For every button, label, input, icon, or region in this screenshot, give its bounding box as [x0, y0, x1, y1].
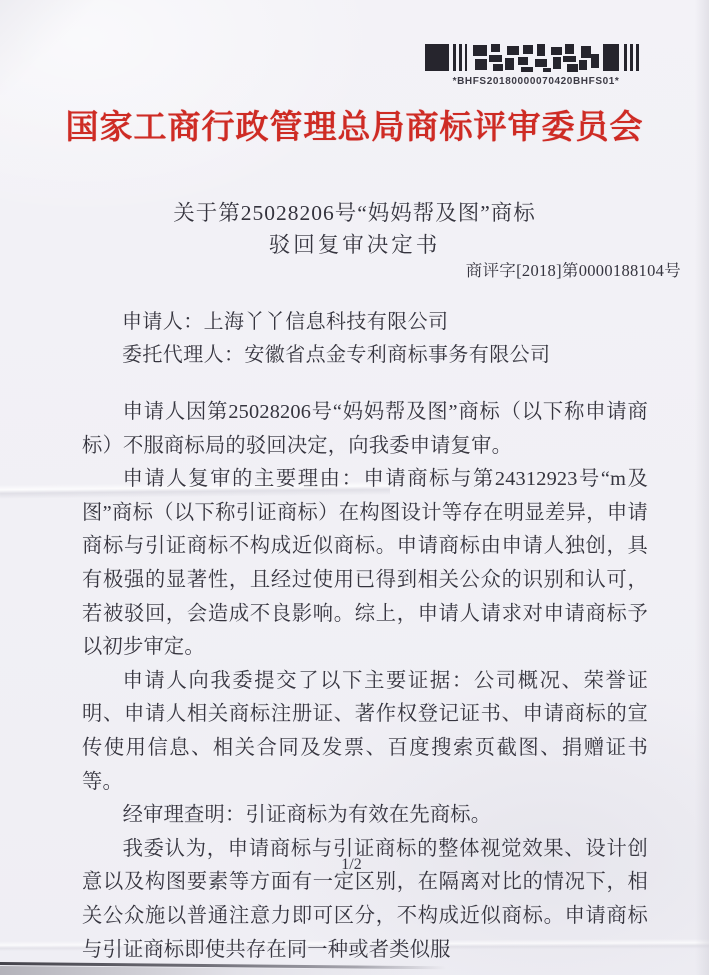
barcode-block: *BHFS20180000070420BHFS01*	[425, 44, 647, 87]
body-paragraph: 申请人复审的主要理由：申请商标与第24312923号“m及图”商标（以下称引证商…	[82, 463, 648, 665]
document-title-line1: 关于第25028206号“妈妈帮及图”商标	[0, 196, 709, 227]
agent-line: 委托代理人：安徽省点金专利商标事务有限公司	[122, 339, 550, 372]
body-paragraph: 经审理查明：引证商标为有效在先商标。	[82, 799, 648, 833]
barcode-icon	[425, 44, 647, 75]
scanned-document-page: *BHFS20180000070420BHFS01* 国家工商行政管理总局商标评…	[0, 0, 709, 975]
decision-body: 申请人因第25028206号“妈妈帮及图”商标（以下称申请商标）不服商标局的驳回…	[82, 396, 648, 967]
body-paragraph: 申请人向我委提交了以下主要证据：公司概况、荣誉证明、申请人相关商标注册证、著作权…	[82, 665, 648, 799]
authority-title: 国家工商行政管理总局商标评审委员会	[0, 101, 709, 148]
document-title-line2: 驳回复审决定书	[0, 228, 709, 259]
parties-block: 申请人：上海丫丫信息科技有限公司 委托代理人：安徽省点金专利商标事务有限公司	[122, 306, 550, 372]
body-paragraph: 我委认为，申请商标与引证商标的整体视觉效果、设计创意以及构图要素等方面有一定区别…	[82, 833, 648, 967]
applicant-line: 申请人：上海丫丫信息科技有限公司	[122, 306, 550, 339]
barcode-text: *BHFS20180000070420BHFS01*	[425, 76, 647, 87]
body-paragraph: 申请人因第25028206号“妈妈帮及图”商标（以下称申请商标）不服商标局的驳回…	[82, 396, 648, 463]
page-number: 1/2	[0, 856, 706, 874]
reference-number: 商评字[2018]第0000188104号	[466, 257, 681, 281]
paper-fold-artifact	[0, 0, 110, 95]
